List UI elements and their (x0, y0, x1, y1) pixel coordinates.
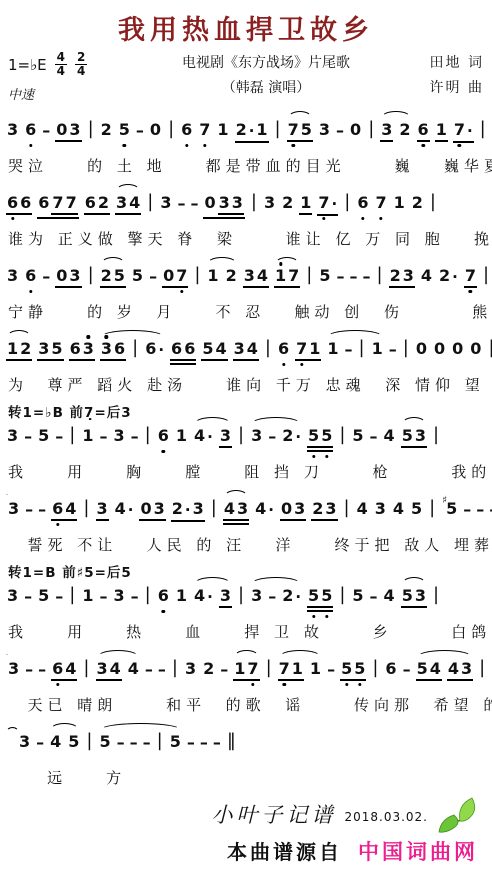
note-digit: 4 (65, 661, 76, 677)
duration-dash: – (55, 428, 63, 445)
note-group: 03 (139, 501, 165, 521)
note-digit: 3 (244, 268, 255, 284)
note-digit: 6 (25, 122, 36, 138)
note-group: 5 (169, 734, 182, 754)
note-digit: 1 (275, 268, 286, 284)
note-digit: 3 (220, 588, 231, 604)
note: 0 (416, 341, 427, 357)
note-group: 5 (37, 428, 50, 448)
note-digit: 3 (97, 661, 108, 677)
note-group: 36 (100, 341, 126, 361)
note-digit: 2 (203, 661, 214, 677)
note-digit: 3 (69, 268, 80, 284)
note-digit: 2 (282, 195, 293, 211)
note-digit: 0 (150, 122, 161, 138)
note-digit: 1 (300, 195, 311, 211)
note-group: 0 (349, 122, 362, 142)
duration-dash: – (130, 734, 138, 751)
note-group: 2 (100, 122, 113, 142)
note-group: 3 (113, 428, 126, 448)
augmentation-dot: · (332, 197, 338, 212)
note-digit: 7 (52, 195, 63, 211)
duration-dash: – (190, 195, 198, 212)
note-group: 55 (307, 428, 333, 448)
note-digit: 3 (97, 501, 108, 517)
note: 6 (114, 341, 125, 357)
note-digit: 3 (461, 661, 472, 677)
augmentation-dot: · (295, 430, 301, 445)
note-digit: 5 (341, 661, 352, 677)
note-group: 17 (274, 268, 300, 288)
note-digit: 3 (38, 341, 49, 357)
lyrics-line: 为 尊严 蹈火 赴汤 谁向 千万 忠魂 深 情仰 望 (8, 376, 486, 394)
note: 5 (402, 588, 413, 604)
note: 1 (256, 122, 267, 138)
note-group: 3 (6, 122, 19, 142)
note-digit: 0 (163, 268, 174, 284)
augmentation-dot: · (128, 503, 134, 518)
note: 4 (128, 661, 139, 677)
note: 5 (352, 428, 363, 444)
note-digit: 5 (100, 734, 111, 750)
note-digit: 6 (38, 195, 49, 211)
note: 4 (257, 268, 268, 284)
note-group: 7 (464, 268, 477, 288)
barline: | (432, 586, 440, 604)
note-digit: 2 (399, 122, 410, 138)
note-digit: 5 (301, 122, 312, 138)
note: 6 (52, 661, 63, 677)
note: 4 (421, 268, 432, 284)
note: 2 (203, 661, 214, 677)
note: 3 (114, 588, 125, 604)
duration-dash: – (268, 428, 276, 445)
note-group: 3 (18, 734, 31, 754)
note-group: 5 (118, 122, 131, 142)
note-digit: 5 (68, 734, 79, 750)
note: 3 (7, 588, 18, 604)
note-group: 0 (433, 341, 446, 361)
duration-dash: – (100, 428, 108, 445)
note-digit: 1 (207, 268, 218, 284)
notes-line: 3––64|34·032·3|434·0323|4345|♯5–––| (6, 488, 486, 531)
note-group: 7 (198, 122, 211, 142)
note-digit: 3 (325, 501, 336, 517)
note-group: 1 (216, 122, 229, 142)
note-group: 4 (420, 268, 433, 288)
duration-dash: – (42, 122, 50, 139)
note-group: 6 (384, 661, 397, 681)
note: 3 (97, 501, 108, 517)
note-group: 43 (223, 501, 249, 521)
note-group: 53 (401, 588, 427, 608)
note: 7 (465, 268, 476, 284)
note-group: 64 (51, 501, 77, 521)
header-right: 田地 词 许明 曲 (406, 51, 484, 101)
augmentation-dot: · (452, 270, 458, 285)
duration-dash: – (349, 268, 357, 285)
note: 1 (436, 122, 447, 138)
note-group: 3 (96, 501, 109, 521)
barline: | (428, 499, 436, 517)
note-group: 3 (184, 661, 197, 681)
note: 5 (119, 122, 130, 138)
note-digit: 4 (129, 195, 140, 211)
note: 3 (19, 734, 30, 750)
barline: | (358, 339, 366, 357)
note-group: 53 (401, 428, 427, 448)
note: 1 (310, 661, 321, 677)
duration-dash: – (187, 734, 195, 751)
barline: | (146, 193, 154, 211)
header-center: 电视剧《东方战场》片尾歌 （韩磊 演唱） (126, 51, 406, 101)
barline: | (156, 732, 164, 750)
slur: 5–––|5 (99, 734, 182, 754)
note-digit: 1 (176, 428, 187, 444)
slur: 75 (287, 122, 313, 142)
note-digit: 0 (281, 501, 292, 517)
note-group: 7· (453, 122, 474, 143)
note: 4 (224, 501, 235, 517)
note: 1 (82, 428, 93, 444)
note-digit: 5 (352, 588, 363, 604)
note: 5 (321, 428, 332, 444)
note: 7 (66, 195, 77, 211)
note-digit: 3 (114, 588, 125, 604)
note-group: 3 (380, 122, 393, 142)
note: 5 (170, 734, 181, 750)
note-group: 34 (233, 341, 259, 361)
note: 2 (20, 341, 31, 357)
barline: | (144, 426, 152, 444)
note: 7 (176, 268, 187, 284)
note-digit: 2 (282, 588, 293, 604)
note-group: 3 (250, 588, 263, 608)
note-group: 6 (277, 341, 290, 361)
note-digit: 6 (85, 195, 96, 211)
note-digit: 2 (439, 268, 450, 284)
duration-dash: – (213, 734, 221, 751)
note: 4 (115, 501, 126, 517)
system-9: 3–45|5–––|5–––‖ 远 方 (6, 721, 486, 787)
augmentation-dot: · (207, 430, 213, 445)
note-group: 1 (175, 588, 188, 608)
note-group: 033 (203, 195, 244, 219)
note: 1 (176, 428, 187, 444)
note-digit: 3 (185, 661, 196, 677)
barline: | (274, 120, 282, 138)
note-digit: 4 (50, 734, 61, 750)
note-digit: 7 (288, 268, 299, 284)
note-group: 1 (206, 268, 219, 288)
duration-dash: – (24, 588, 32, 605)
slur: 711 (278, 661, 322, 681)
duration-dash: – (370, 588, 378, 605)
note: 7 (279, 661, 290, 677)
note-digit: 5 (114, 268, 125, 284)
note: 3 (38, 341, 49, 357)
note-group: 3 (7, 501, 20, 521)
note: 2 (226, 268, 237, 284)
note: 2 (101, 122, 112, 138)
note-digit: 1 (82, 428, 93, 444)
note-group: 34 (243, 268, 269, 288)
note: 3 (234, 341, 245, 357)
source-site-name: 中国词曲网 (358, 836, 478, 866)
note: 7 (52, 195, 63, 211)
notes-line: 3–5–|1–3–|614·3|3–2·55|5–453| (6, 575, 486, 618)
barline: | (237, 426, 245, 444)
duration-dash: – (345, 341, 353, 358)
note-group: 23 (311, 501, 337, 521)
note: 3 (8, 661, 19, 677)
note-group: 0 (415, 341, 428, 361)
note-group: 1 (393, 195, 406, 215)
note-group: 17 (233, 661, 259, 681)
note-group: 3 (159, 195, 172, 215)
note-digit: 3 (8, 501, 19, 517)
note-group: 03 (55, 122, 81, 142)
note-digit: 5 (308, 428, 319, 444)
note-group: 3 (318, 122, 331, 142)
note-digit: 1 (327, 341, 338, 357)
note: 4 (384, 428, 395, 444)
transcriber: 小叶子记谱 (211, 799, 336, 829)
note: 3 (461, 661, 472, 677)
note-digit: 3 (220, 428, 231, 444)
note: 2 (98, 195, 109, 211)
note-group: 1 (175, 428, 188, 448)
note: 5 (417, 661, 428, 677)
note-digit: 2 (312, 501, 323, 517)
note-group: 5 (67, 734, 80, 754)
note-digit: 6 (25, 268, 36, 284)
note-digit: 3 (160, 195, 171, 211)
note: 3 (251, 428, 262, 444)
note-group: 5 (318, 268, 331, 288)
note: 3 (220, 428, 231, 444)
barline: | (131, 339, 139, 357)
note-group: 0 (149, 122, 162, 142)
note-group: 3 (113, 588, 126, 608)
note-group: 71 (295, 341, 321, 361)
note: 3 (415, 588, 426, 604)
note-digit: 3 (232, 195, 243, 211)
note: 2 (412, 195, 423, 211)
note-digit: 0 (56, 268, 67, 284)
note: 5 (352, 588, 363, 604)
note-group: 03 (55, 268, 81, 288)
note: 5 (321, 588, 332, 604)
slur: 17 (233, 661, 259, 681)
note-group: 4 (383, 588, 396, 608)
composer-credit: 许明 曲 (406, 76, 484, 101)
note-digit: 1 (372, 341, 383, 357)
slur: 12 (6, 341, 32, 361)
slur: 17 (274, 268, 300, 288)
note: ♯5 (442, 501, 457, 517)
note: 3 (160, 195, 171, 211)
key-meter-row: 1=♭E 4 4 2 4 (8, 51, 126, 78)
note: 6 (38, 195, 49, 211)
note-group: 5 (99, 734, 112, 754)
song-title: 我用热血捍卫故乡 (4, 8, 488, 47)
note-group: 2 (398, 122, 411, 142)
note-digit: 3 (7, 268, 18, 284)
barline: | (478, 659, 486, 677)
barline: | (375, 266, 383, 284)
note-digit: 5 (119, 122, 130, 138)
note: 3 (69, 122, 80, 138)
note-digit: 6 (52, 501, 63, 517)
note: 6 (184, 341, 195, 357)
note-digit: 2 (20, 341, 31, 357)
note-digit: 6 (418, 122, 429, 138)
note-digit: 0 (350, 122, 361, 138)
note: 6 (278, 341, 289, 357)
note: 5 (308, 588, 319, 604)
note-group: 34 (96, 661, 122, 681)
notes-line: 666776234|3––033|3217·|6712| (6, 182, 486, 225)
note: 2 (236, 122, 247, 138)
note: 3 (101, 341, 112, 357)
note-group: 1 (81, 588, 94, 608)
barline: | (265, 659, 273, 677)
note-group: 6 (157, 428, 170, 448)
note-digit: 5 (321, 428, 332, 444)
barline: | (210, 499, 218, 517)
note-digit: 3 (251, 428, 262, 444)
note-digit: 3 (154, 501, 165, 517)
note-group: 66 (6, 195, 32, 215)
duration-dash: – (403, 661, 411, 678)
barline: | (87, 266, 95, 284)
slur: 43 (223, 501, 249, 521)
note-digit: 3 (83, 341, 94, 357)
note-group: 2· (281, 428, 302, 449)
note-group: 6 (157, 588, 170, 608)
note: 4 (65, 661, 76, 677)
note-digit: 3 (264, 195, 275, 211)
note-group: 3 (219, 428, 232, 448)
header: 1=♭E 4 4 2 4 中速 电视剧《东方战场》片尾歌 （韩磊 演唱） 田地 … (8, 51, 484, 103)
note-digit: 2 (282, 428, 293, 444)
barline: | (338, 586, 346, 604)
note: 2 (439, 268, 450, 284)
system-6: 3––64|34·032·3|434·0323|4345|♯5–––| 誓死 不… (6, 488, 486, 554)
note-group: 54 (201, 341, 227, 361)
system-1: 36–03|25–0|6712·1|753–0|32617·|哭泣 的 土 地 … (6, 109, 486, 175)
duration-dash: – (200, 734, 208, 751)
note: 6 (20, 195, 31, 211)
barline: | (82, 499, 90, 517)
note-digit: 3 (8, 661, 19, 677)
note-digit: 7 (288, 122, 299, 138)
note: 5 (51, 341, 62, 357)
barline: | (371, 659, 379, 677)
leaf-icon (436, 794, 482, 834)
note: 3 (415, 428, 426, 444)
note-digit: 3 (381, 122, 392, 138)
duration-dash: – (55, 588, 63, 605)
note-group: 3 (6, 588, 19, 608)
note: 5 (354, 661, 365, 677)
note-digit: 5 (321, 588, 332, 604)
note-group: 5 (410, 501, 423, 521)
system-4: 12356336|6·665434|6711–|1–|0000|为 尊严 蹈火 … (6, 328, 486, 394)
note-digit: 1 (436, 122, 447, 138)
note-group: 5 (37, 588, 50, 608)
barline: | (479, 120, 487, 138)
note: 5 (341, 661, 352, 677)
note-digit: 3 (375, 501, 386, 517)
note: 6 (171, 341, 182, 357)
note-digit: 3 (114, 428, 125, 444)
note: 7 (288, 122, 299, 138)
note-digit: 0 (470, 341, 481, 357)
note: 6 (25, 268, 36, 284)
note: 4 (357, 501, 368, 517)
note: 0 (434, 341, 445, 357)
note-digit: 4 (115, 501, 126, 517)
note: 5 (202, 341, 213, 357)
note-digit: 6 (278, 341, 289, 357)
note-digit: 5 (38, 588, 49, 604)
augmentation-dot: · (185, 503, 191, 518)
barline: | (402, 339, 410, 357)
note-digit: 1 (394, 195, 405, 211)
note-digit: 1 (309, 341, 320, 357)
note: 5 (132, 268, 143, 284)
transcription-date: 2018.03.02. (344, 810, 428, 824)
duration-dash: – (336, 268, 344, 285)
slur: 3–2· (250, 428, 302, 449)
note-digit: 3 (19, 734, 30, 750)
barline: | (343, 193, 351, 211)
note-digit: 3 (319, 122, 330, 138)
notes-line: 36–03|255–07|123417|5–––|2342·7| (6, 255, 486, 298)
slur: 1–|1 (326, 341, 383, 361)
duration-dash: – (220, 661, 228, 678)
note: 3 (7, 428, 18, 444)
slur: 3–2· (250, 588, 302, 609)
duration-dash: – (136, 122, 144, 139)
duration-dash: – (370, 428, 378, 445)
note: 2 (101, 268, 112, 284)
note-digit: 2 (390, 268, 401, 284)
note-group: 5 (351, 588, 364, 608)
note-group: 2 (202, 661, 215, 681)
note-group: 4 (392, 501, 405, 521)
note-digit: 5 (446, 501, 457, 517)
note: 4 (194, 588, 205, 604)
note-group: 4· (254, 501, 275, 522)
barline: | (82, 659, 90, 677)
note: 3 (294, 501, 305, 517)
notes-line: 3–5–|1–3–|614·3|3–2·55|5–453| (6, 415, 486, 458)
note: 1 (300, 195, 311, 211)
barline: | (305, 266, 313, 284)
note-group: 35 (37, 341, 63, 361)
note-group: 3 (250, 428, 263, 448)
note: 6 (357, 195, 368, 211)
notes-line: 3––64|344––|32–17|711–55|6–5443| (6, 648, 486, 691)
note-group: 7· (317, 195, 338, 216)
note-digit: 7 (375, 195, 386, 211)
note-group: 03 (280, 501, 306, 521)
note-digit: 1 (234, 661, 245, 677)
note: 0 (150, 122, 161, 138)
